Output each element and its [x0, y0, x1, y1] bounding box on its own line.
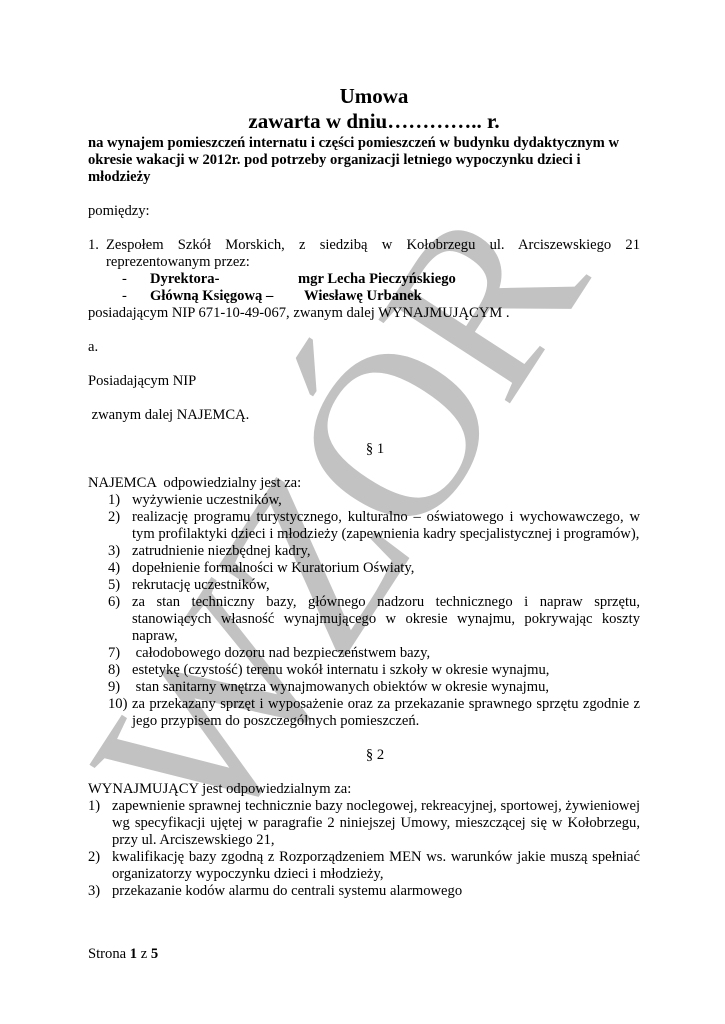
list-item-text: wyżywienie uczestników, [132, 492, 640, 509]
party-1-represented: reprezentowanym przez: [106, 254, 640, 271]
list-item: 5)rekrutację uczestników, [88, 577, 640, 594]
list-item: 7) całodobowego dozoru nad bezpieczeństw… [88, 645, 640, 662]
list-item-number: 4) [88, 560, 132, 577]
section-1-heading: § 1 [110, 441, 640, 458]
list-item-text: kwalifikację bazy zgodną z Rozporządzeni… [112, 849, 640, 883]
list-item: 1)wyżywienie uczestników, [88, 492, 640, 509]
list-item: 10)za przekazany sprzęt i wyposażenie or… [88, 696, 640, 730]
section-1-list: 1)wyżywienie uczestników,2)realizację pr… [88, 492, 640, 730]
conjunction: a. [88, 339, 640, 356]
party-2-nip: Posiadającym NIP [88, 373, 640, 390]
list-item: 8)estetykę (czystość) terenu wokół inter… [88, 662, 640, 679]
list-item: 3)przekazanie kodów alarmu do centrali s… [88, 883, 640, 900]
list-item-number: 5) [88, 577, 132, 594]
representative-director: - Dyrektora- mgr Lecha Pieczyńskiego [106, 271, 640, 288]
section-2-list: 1)zapewnienie sprawnej technicznie bazy … [88, 798, 640, 900]
list-item-text: przekazanie kodów alarmu do centrali sys… [112, 883, 640, 900]
list-item-number: 8) [88, 662, 132, 679]
page-label: Strona [88, 946, 126, 962]
list-item-text: estetykę (czystość) terenu wokół interna… [132, 662, 640, 679]
representative-accountant: - Główną Księgową – Wiesławę Urbanek [106, 288, 640, 305]
party-1: 1. Zespołem Szkół Morskich, z siedzibą w… [88, 237, 640, 305]
representative-name: Wiesławę Urbanek [304, 288, 422, 305]
list-item-number: 2) [88, 849, 112, 883]
document-date-line: zawarta w dniu………….. r. [108, 109, 640, 134]
list-item-number: 7) [88, 645, 132, 662]
document-purpose: na wynajem pomieszczeń internatu i częśc… [88, 135, 640, 186]
representative-name: mgr Lecha Pieczyńskiego [298, 271, 456, 288]
party-2-called: zwanym dalej NAJEMCĄ. [88, 407, 640, 424]
representative-role: Dyrektora- [150, 271, 298, 288]
list-item-text: za przekazany sprzęt i wyposażenie oraz … [132, 696, 640, 730]
list-item: 2)realizację programu turystycznego, kul… [88, 509, 640, 543]
document-title: Umowa [108, 84, 640, 109]
list-item-number: 6) [88, 594, 132, 645]
list-item-text: dopełnienie formalności w Kuratorium Ośw… [132, 560, 640, 577]
list-item-number: 10) [88, 696, 132, 730]
list-item-text: stan sanitarny wnętrza wynajmowanych obi… [132, 679, 640, 696]
list-item-number: 3) [88, 883, 112, 900]
list-item-text: za stan techniczny bazy, głównego nadzor… [132, 594, 640, 645]
list-item-number: 3) [88, 543, 132, 560]
page-total: 5 [151, 946, 158, 962]
page-footer: Strona 1 z 5 [88, 946, 158, 963]
list-item: 1)zapewnienie sprawnej technicznie bazy … [88, 798, 640, 849]
party-1-nip: posiadającym NIP 671-10-49-067, zwanym d… [88, 305, 640, 322]
list-item-number: 9) [88, 679, 132, 696]
list-item: 4)dopełnienie formalności w Kuratorium O… [88, 560, 640, 577]
list-item-number: 1) [88, 492, 132, 509]
representative-role: Główną Księgową – [150, 288, 304, 305]
list-item-number: 1) [88, 798, 112, 849]
document-page: Umowa zawarta w dniu………….. r. na wynajem… [88, 84, 640, 900]
party-1-number: 1. [88, 237, 106, 305]
between-label: pomiędzy: [88, 203, 640, 220]
party-1-name: Zespołem Szkół Morskich, z siedzibą w Ko… [106, 237, 640, 254]
section-2-heading: § 2 [110, 747, 640, 764]
section-2-intro: WYNAJMUJĄCY jest odpowiedzialnym za: [88, 781, 640, 798]
list-item: 2)kwalifikację bazy zgodną z Rozporządze… [88, 849, 640, 883]
list-item: 6)za stan techniczny bazy, głównego nadz… [88, 594, 640, 645]
list-item-text: zapewnienie sprawnej technicznie bazy no… [112, 798, 640, 849]
list-item-number: 2) [88, 509, 132, 543]
section-1-intro: NAJEMCA odpowiedzialny jest za: [88, 475, 640, 492]
list-item: 3)zatrudnienie niezbędnej kadry, [88, 543, 640, 560]
list-item-text: zatrudnienie niezbędnej kadry, [132, 543, 640, 560]
page-number: 1 [130, 946, 137, 962]
list-item-text: realizację programu turystycznego, kultu… [132, 509, 640, 543]
list-item: 9) stan sanitarny wnętrza wynajmowanych … [88, 679, 640, 696]
list-item-text: całodobowego dozoru nad bezpieczeństwem … [132, 645, 640, 662]
list-item-text: rekrutację uczestników, [132, 577, 640, 594]
page-of: z [141, 946, 147, 962]
